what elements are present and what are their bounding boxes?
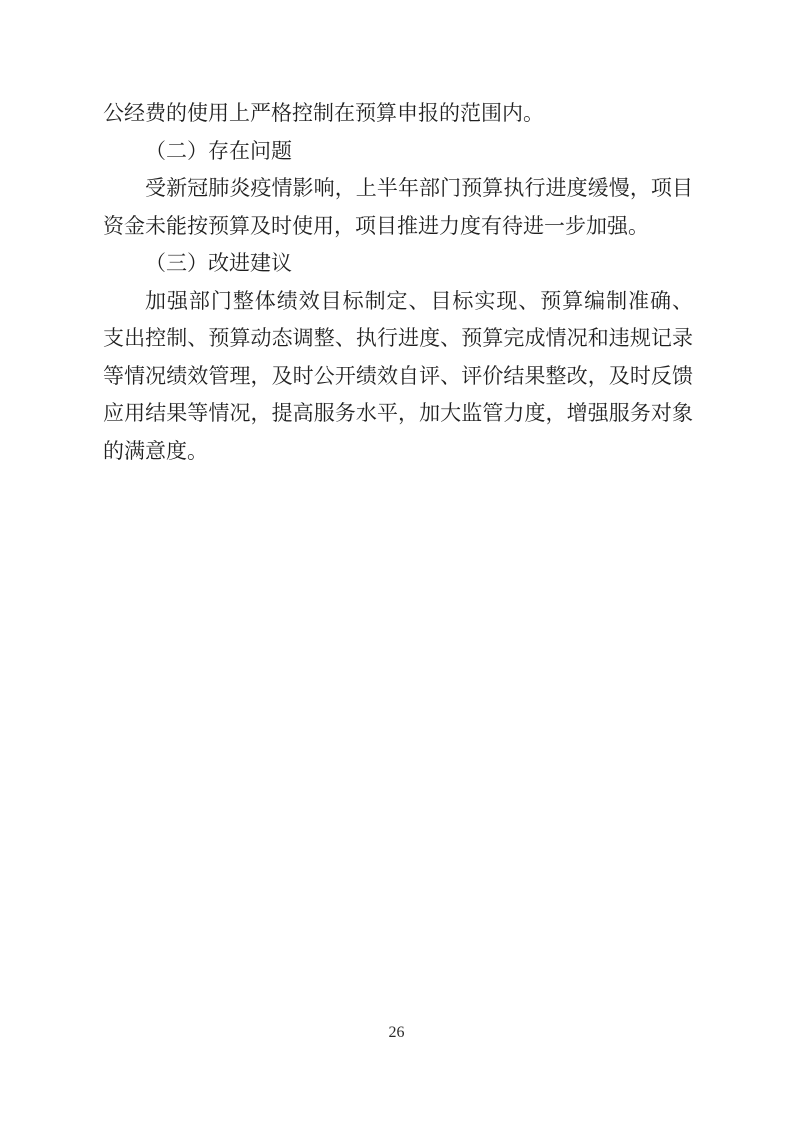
document-body: 公经费的使用上严格控制在预算申报的范围内。 （二）存在问题 受新冠肺炎疫情影响，…: [103, 95, 693, 470]
section-heading: （二）存在问题: [103, 133, 693, 171]
paragraph-line: 支出控制、预算动态调整、执行进度、预算完成情况和违规记录: [103, 320, 693, 358]
document-page: 公经费的使用上严格控制在预算申报的范围内。 （二）存在问题 受新冠肺炎疫情影响，…: [0, 0, 793, 1122]
section-heading: （三）改进建议: [103, 245, 693, 283]
paragraph-line: 加强部门整体绩效目标制定、目标实现、预算编制准确、: [103, 283, 693, 321]
paragraph-line: 资金未能按预算及时使用，项目推进力度有待进一步加强。: [103, 208, 693, 246]
paragraph-line: 的满意度。: [103, 433, 693, 471]
paragraph-line: 等情况绩效管理，及时公开绩效自评、评价结果整改，及时反馈: [103, 358, 693, 396]
page-number: 26: [0, 1024, 793, 1042]
paragraph-line: 公经费的使用上严格控制在预算申报的范围内。: [103, 95, 693, 133]
paragraph-line: 应用结果等情况，提高服务水平，加大监管力度，增强服务对象: [103, 395, 693, 433]
paragraph-line: 受新冠肺炎疫情影响，上半年部门预算执行进度缓慢，项目: [103, 170, 693, 208]
